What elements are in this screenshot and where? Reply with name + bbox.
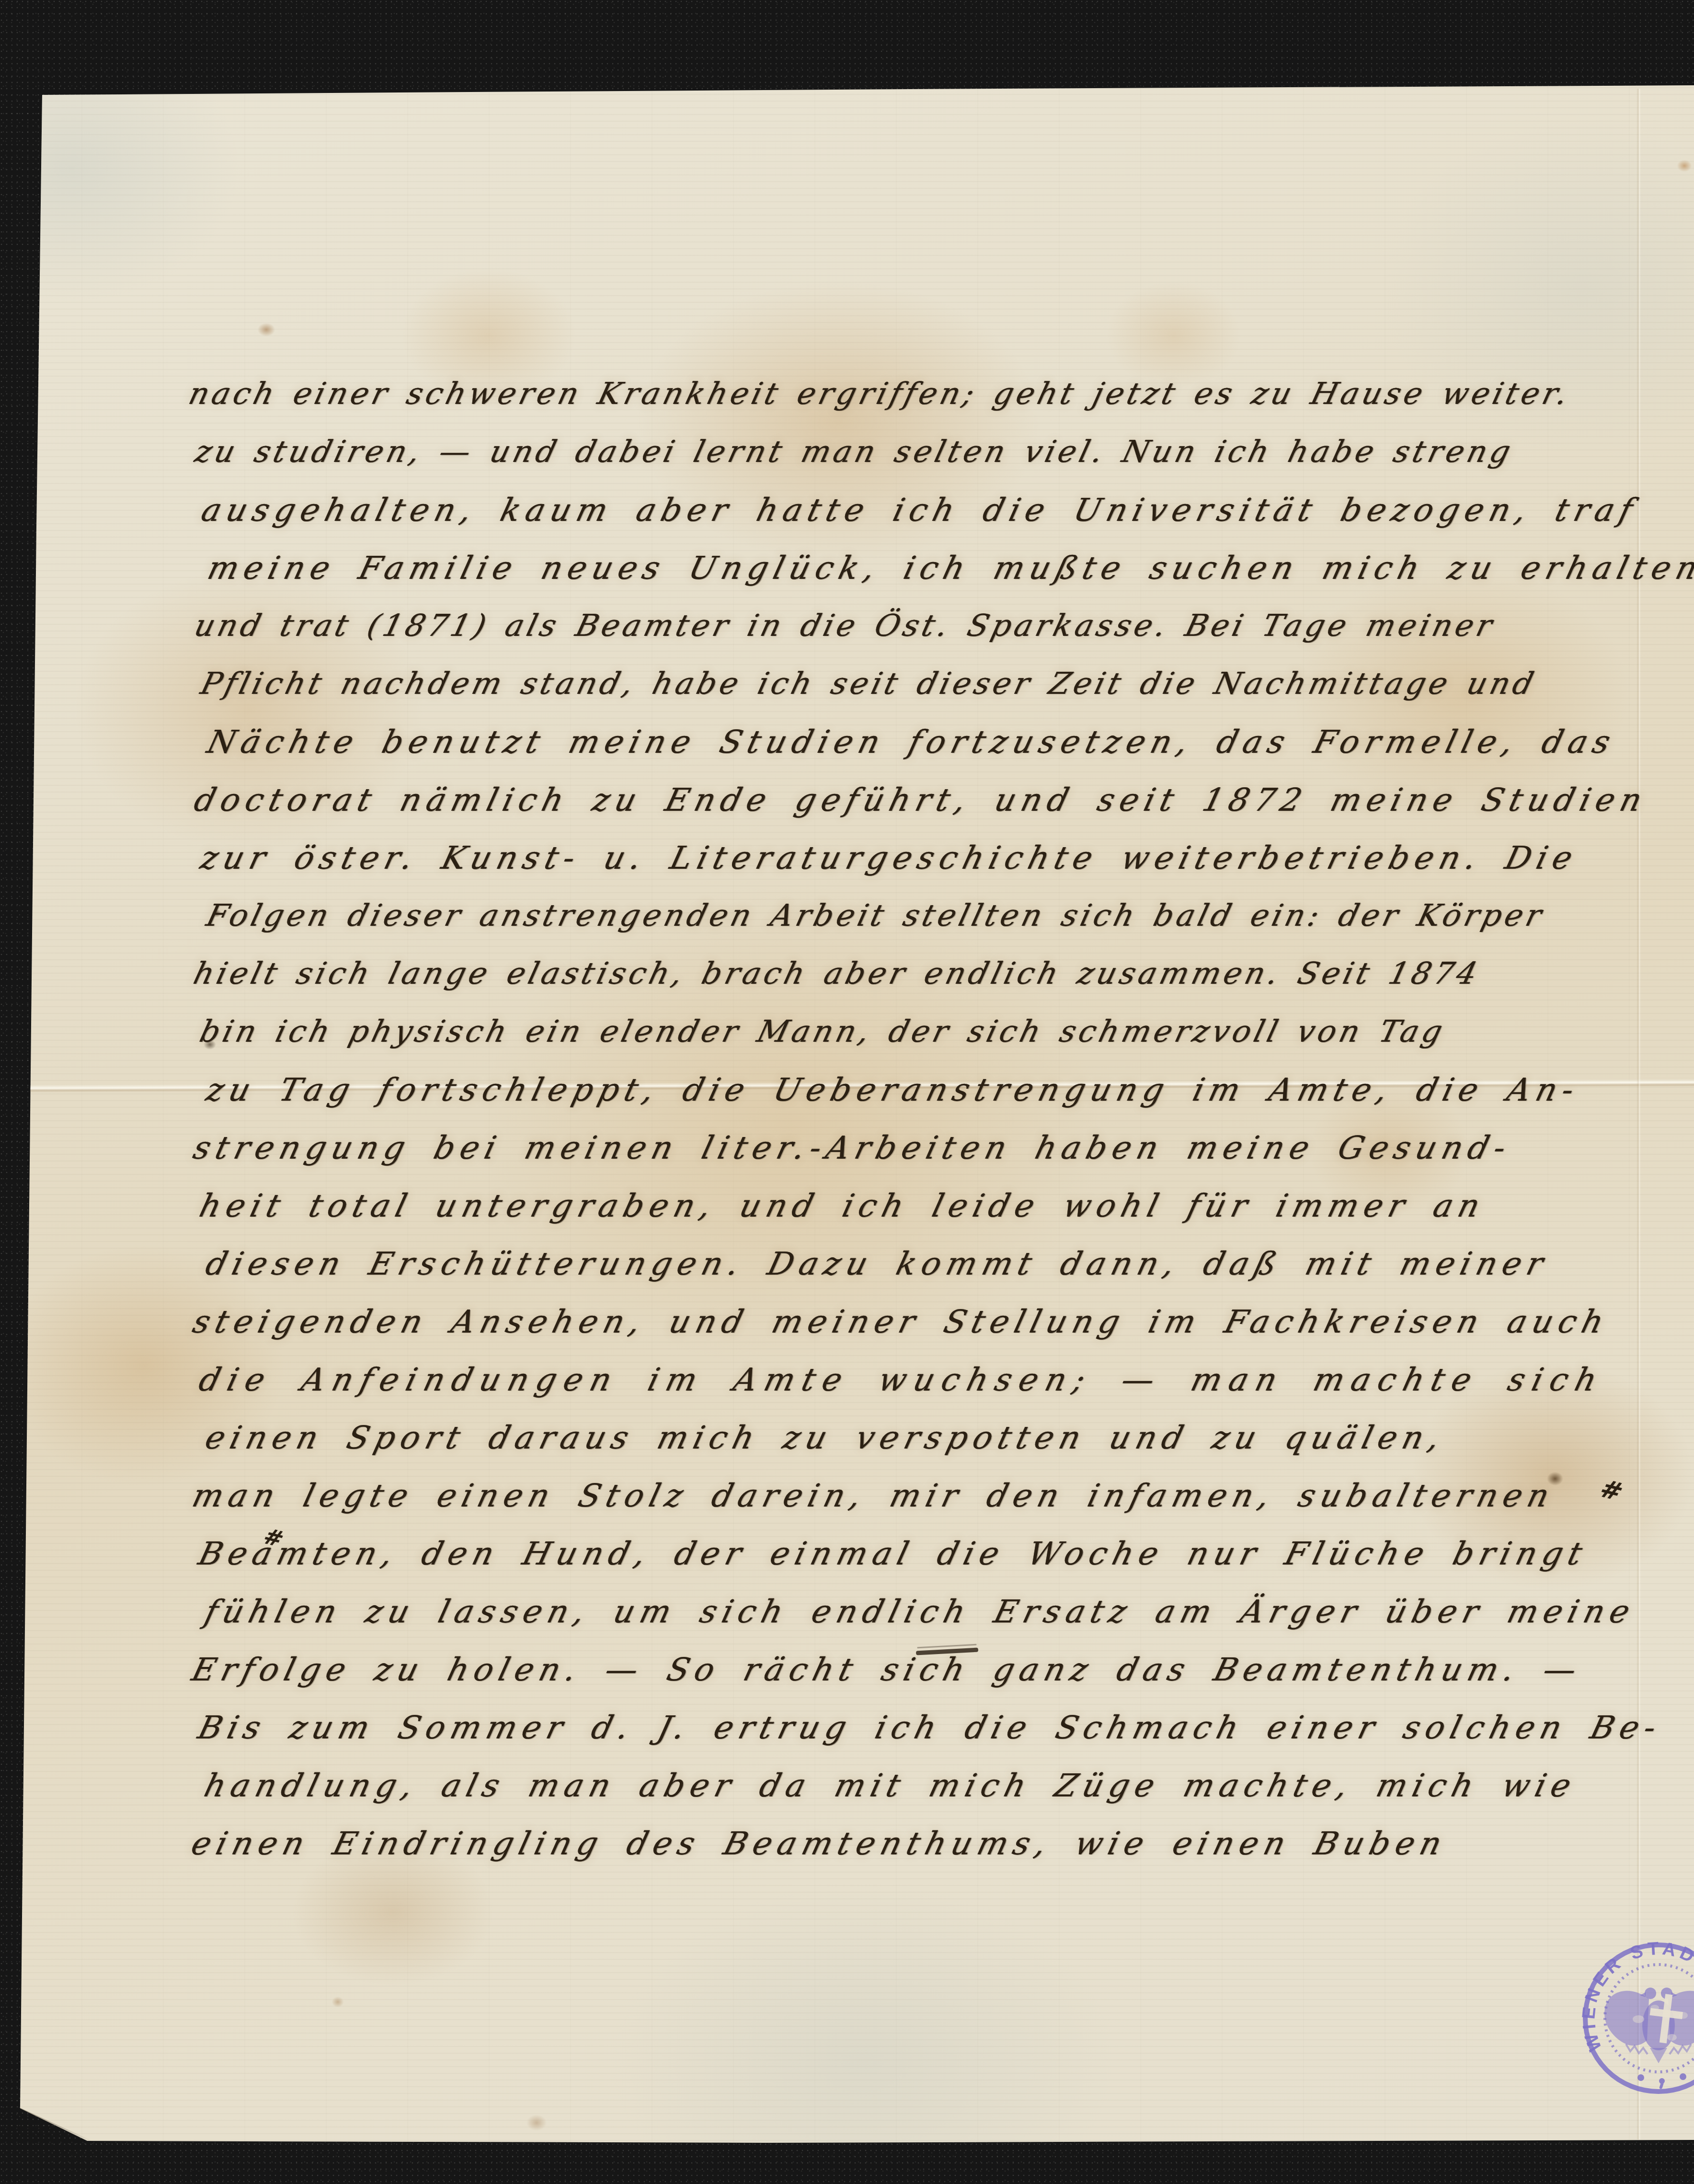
eagle-emblem-icon xyxy=(1604,1988,1694,2063)
letter-line: nach einer schweren Krankheit ergriffen;… xyxy=(186,379,1574,409)
letter-line: man legte einen Stolz darein, mir den in… xyxy=(189,1480,1558,1512)
letter-line: hielt sich lange elastisch, brach aber e… xyxy=(191,958,1483,989)
letter-line: strengung bei meinen liter.-Arbeiten hab… xyxy=(190,1132,1515,1164)
letter-line: zur öster. Kunst- u. Literaturgeschichte… xyxy=(197,842,1581,874)
letter-line: zu Tag fortschleppt, die Ueberanstrengun… xyxy=(203,1074,1583,1106)
letter-line: einen Eindringling des Beamtenthums, wie… xyxy=(188,1828,1450,1860)
letter-line: Pflicht nachdem stand, habe ich seit die… xyxy=(198,668,1540,699)
letter-line: zu studiren, — und dabei lernt man selte… xyxy=(192,437,1517,467)
letter-line: Folgen dieser anstrengenden Arbeit stell… xyxy=(204,900,1548,931)
library-stamp: WIENER STADTB xyxy=(1571,1931,1694,2113)
letter-page: nach einer schweren Krankheit ergriffen;… xyxy=(0,0,1694,2184)
letter-line: steigenden Ansehen, und meiner Stellung … xyxy=(190,1306,1612,1338)
letter-line: Bis zum Sommer d. J. ertrug ich die Schm… xyxy=(195,1712,1665,1744)
letter-line: Beamten, den Hund, der einmal die Woche … xyxy=(195,1538,1591,1570)
letter-line: bin ich physisch ein elender Mann, der s… xyxy=(197,1016,1449,1046)
letter-line: doctorat nämlich zu Ende geführt, und se… xyxy=(191,784,1650,816)
letter-line: meine Familie neues Unglück, ich mußte s… xyxy=(205,552,1694,584)
scan-background: nach einer schweren Krankheit ergriffen;… xyxy=(0,0,1694,2184)
letter-lines: nach einer schweren Krankheit ergriffen;… xyxy=(0,0,1694,2184)
letter-line: und trat (1871) als Beamter in die Öst. … xyxy=(192,610,1499,641)
letter-line: heit total untergraben, und ich leide wo… xyxy=(196,1190,1488,1222)
letter-line: diesen Erschütterungen. Dazu kommt dann,… xyxy=(203,1248,1552,1280)
letter-line: die Anfeindungen im Amte wuchsen; — man … xyxy=(196,1364,1608,1396)
letter-line: handlung, als man aber da mit mich Züge … xyxy=(201,1770,1580,1802)
letter-line: einen Sport daraus mich zu verspotten un… xyxy=(202,1422,1449,1454)
letter-line: Erfolge zu holen. — So rächt sich ganz d… xyxy=(189,1654,1585,1686)
letter-line: Nächte benutzt meine Studien fortzusetze… xyxy=(204,726,1619,758)
letter-line: fühlen zu lassen, um sich endlich Ersatz… xyxy=(202,1596,1638,1628)
letter-line: ausgehalten, kaum aber hatte ich die Uni… xyxy=(198,494,1641,526)
